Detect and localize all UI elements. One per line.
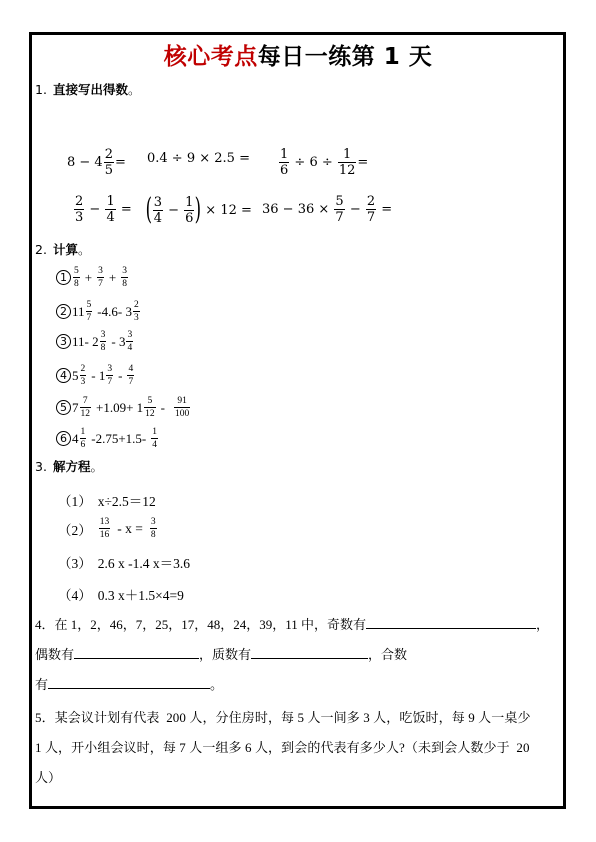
calc-item-1: 1 58 + 37 + 38 xyxy=(56,266,129,289)
section-1-heading: 1.直接写出得数。 xyxy=(35,82,140,98)
prime-numbers-answer-blank[interactable] xyxy=(251,645,368,659)
section-3-heading: 3.解方程。 xyxy=(35,459,103,475)
calc-item-4: 4 523 - 137 - 47 xyxy=(56,364,135,387)
title-highlight: 核心考点 xyxy=(164,44,258,70)
question-4: 4．在 1，2，46，7，25，17，48，24，39，11 中，奇数有 ， 偶… xyxy=(35,610,558,700)
circled-number-4: 4 xyxy=(56,368,71,383)
oral-problem-3: 16 ÷ 6 ÷ 112 = xyxy=(278,148,368,177)
calc-item-3: 3 11- 238 - 334 xyxy=(56,330,134,353)
page-title: 核心考点每日一练第 1 天 xyxy=(0,42,596,72)
oral-problem-6: 36 − 36 × 57 − 27 = xyxy=(262,195,392,224)
circled-number-3: 3 xyxy=(56,334,71,349)
equation-2: （2） 1316 - x = 38 xyxy=(58,517,158,540)
calc-item-5: 5 7712 +1.09+ 1512 - 91100 xyxy=(56,396,191,419)
title-rest: 每日一练第 1 天 xyxy=(258,44,433,70)
calc-item-6: 6 416 -2.75+1.5- 14 xyxy=(56,427,159,450)
oral-problem-5: ( 34 − 16 ) × 12 = xyxy=(146,195,252,225)
circled-number-2: 2 xyxy=(56,304,71,319)
oral-problem-4: 23 − 14 = xyxy=(73,195,132,224)
circled-number-5: 5 xyxy=(56,400,71,415)
circled-number-6: 6 xyxy=(56,431,71,446)
composite-numbers-answer-blank[interactable] xyxy=(48,675,210,689)
oral-problem-1: 8 − 4 25 = xyxy=(67,148,126,177)
equation-1: （1）x÷2.5＝12 xyxy=(58,490,156,510)
section-2-heading: 2.计算。 xyxy=(35,242,90,258)
odd-numbers-answer-blank[interactable] xyxy=(366,615,536,629)
oral-problem-2: 0.4 ÷ 9 × 2.5 = xyxy=(147,152,250,165)
calc-item-2: 2 1157 -4.6- 323 xyxy=(56,300,141,323)
even-numbers-answer-blank[interactable] xyxy=(74,645,199,659)
equation-4: （4）0.3 x＋1.5×4=9 xyxy=(58,584,184,604)
circled-number-1: 1 xyxy=(56,270,71,285)
question-5: 5．某会议计划有代表 200 人，分住房时，每 5 人一间多 3 人，吃饭时，每… xyxy=(35,703,558,793)
equation-3: （3）2.6 x -1.4 x＝3.6 xyxy=(58,552,190,572)
